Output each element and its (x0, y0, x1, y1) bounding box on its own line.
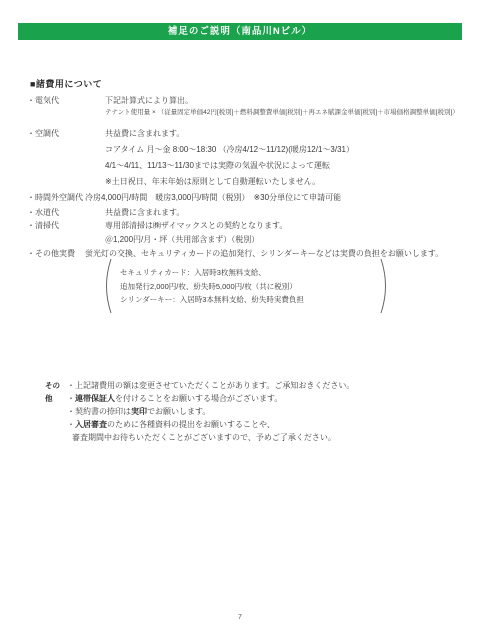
electricity-formula: テナント使用量 × （従量固定単価42円[税別]＋燃料調整費単価[税別]＋再エネ… (105, 107, 469, 119)
electricity-text: 下記計算式により算出。 (105, 94, 469, 107)
others-item-3: ・契約書の捺印は実印でお願いします。 (67, 405, 354, 418)
others-item-4: ・入居審査のために各種資料の提出をお願いすることや、 (67, 418, 354, 431)
fee-row-hvac: ・空調代 共益費に含まれます。 コアタイム 月～金 8:00～18:30 （冷房… (27, 126, 469, 190)
cleaning-text-1: 専用部清掃は㈱ザイマックスとの契約となります。 (105, 219, 469, 233)
fees-list: ・電気代 下記計算式により算出。 テナント使用量 × （従量固定単価42円[税別… (27, 94, 469, 260)
fee-label-hvac: ・空調代 (27, 126, 105, 142)
fee-label-overtime-hvac: ・時間外空調代 (27, 191, 85, 204)
fee-label-other-expenses: ・その他実費 (27, 247, 85, 260)
note-box-line-2: 追加発行2,000円/枚、紛失時5,000円/枚（共に税別） (120, 280, 372, 294)
fee-label-water: ・水道代 (27, 206, 105, 219)
right-parenthesis-decoration (379, 258, 392, 314)
document-page: 補足のご説明（南品川Nビル） ■諸費用について ・電気代 下記計算式により算出。… (0, 0, 480, 640)
others-item-2: ・連帯保証人を付けることをお願いする場合がございます。 (67, 392, 354, 405)
hvac-text-1: 共益費に含まれます。 (105, 126, 469, 142)
fee-row-cleaning: ・清掃代 専用部清掃は㈱ザイマックスとの契約となります。 ＠1,200円/月・坪… (27, 219, 469, 247)
fee-row-water: ・水道代 共益費に含まれます。 (27, 206, 469, 219)
fee-row-electricity: ・電気代 下記計算式により算出。 テナント使用量 × （従量固定単価42円[税別… (27, 94, 469, 119)
note-box-line-1: セキュリティカード：入居時3枚無料支給、 (120, 266, 372, 280)
page-number: 7 (0, 614, 480, 621)
overtime-hvac-text: 冷房4,000円/時間 暖房3,000円/時間（税別） ※30分単位にて申請可能 (85, 191, 469, 204)
fee-label-electricity: ・電気代 (27, 94, 105, 107)
fee-label-cleaning: ・清掃代 (27, 219, 105, 233)
hvac-text-2: コアタイム 月～金 8:00～18:30 （冷房4/12～11/12)(暖房12… (105, 142, 469, 158)
water-text: 共益費に含まれます。 (105, 206, 469, 219)
page-title: 補足のご説明（南品川Nビル） (18, 23, 462, 40)
left-parenthesis-decoration (100, 258, 113, 314)
cleaning-text-2: ＠1,200円/月・坪（共用部含まず）（税別） (105, 233, 469, 247)
others-section-label: その他 (45, 379, 67, 444)
fee-row-overtime-hvac: ・時間外空調代 冷房4,000円/時間 暖房3,000円/時間（税別） ※30分… (27, 191, 469, 204)
others-item-4-continued: 審査期間中お待ちいただくことがございますので、予めご了承ください。 (72, 431, 354, 444)
hvac-text-3: 4/1～4/11、11/13～11/30までは実際の気温や状況によって運転 (105, 158, 469, 174)
others-item-1: ・上記諸費用の額は変更させていただくことがあります。ご承知おきください。 (67, 379, 354, 392)
section-heading: ■諸費用について (30, 77, 102, 90)
keycard-note-box: セキュリティカード：入居時3枚無料支給、 追加発行2,000円/枚、紛失時5,0… (100, 257, 392, 315)
hvac-text-4: ※土日祝日、年末年始は原則として自動運転いたしません。 (105, 174, 469, 190)
others-items: ・上記諸費用の額は変更させていただくことがあります。ご承知おきください。 ・連帯… (67, 379, 354, 444)
note-box-line-3: シリンダーキー：入居時3本無料支給、紛失時実費負担 (120, 293, 372, 307)
others-section: その他 ・上記諸費用の額は変更させていただくことがあります。ご承知おきください。… (45, 379, 465, 444)
